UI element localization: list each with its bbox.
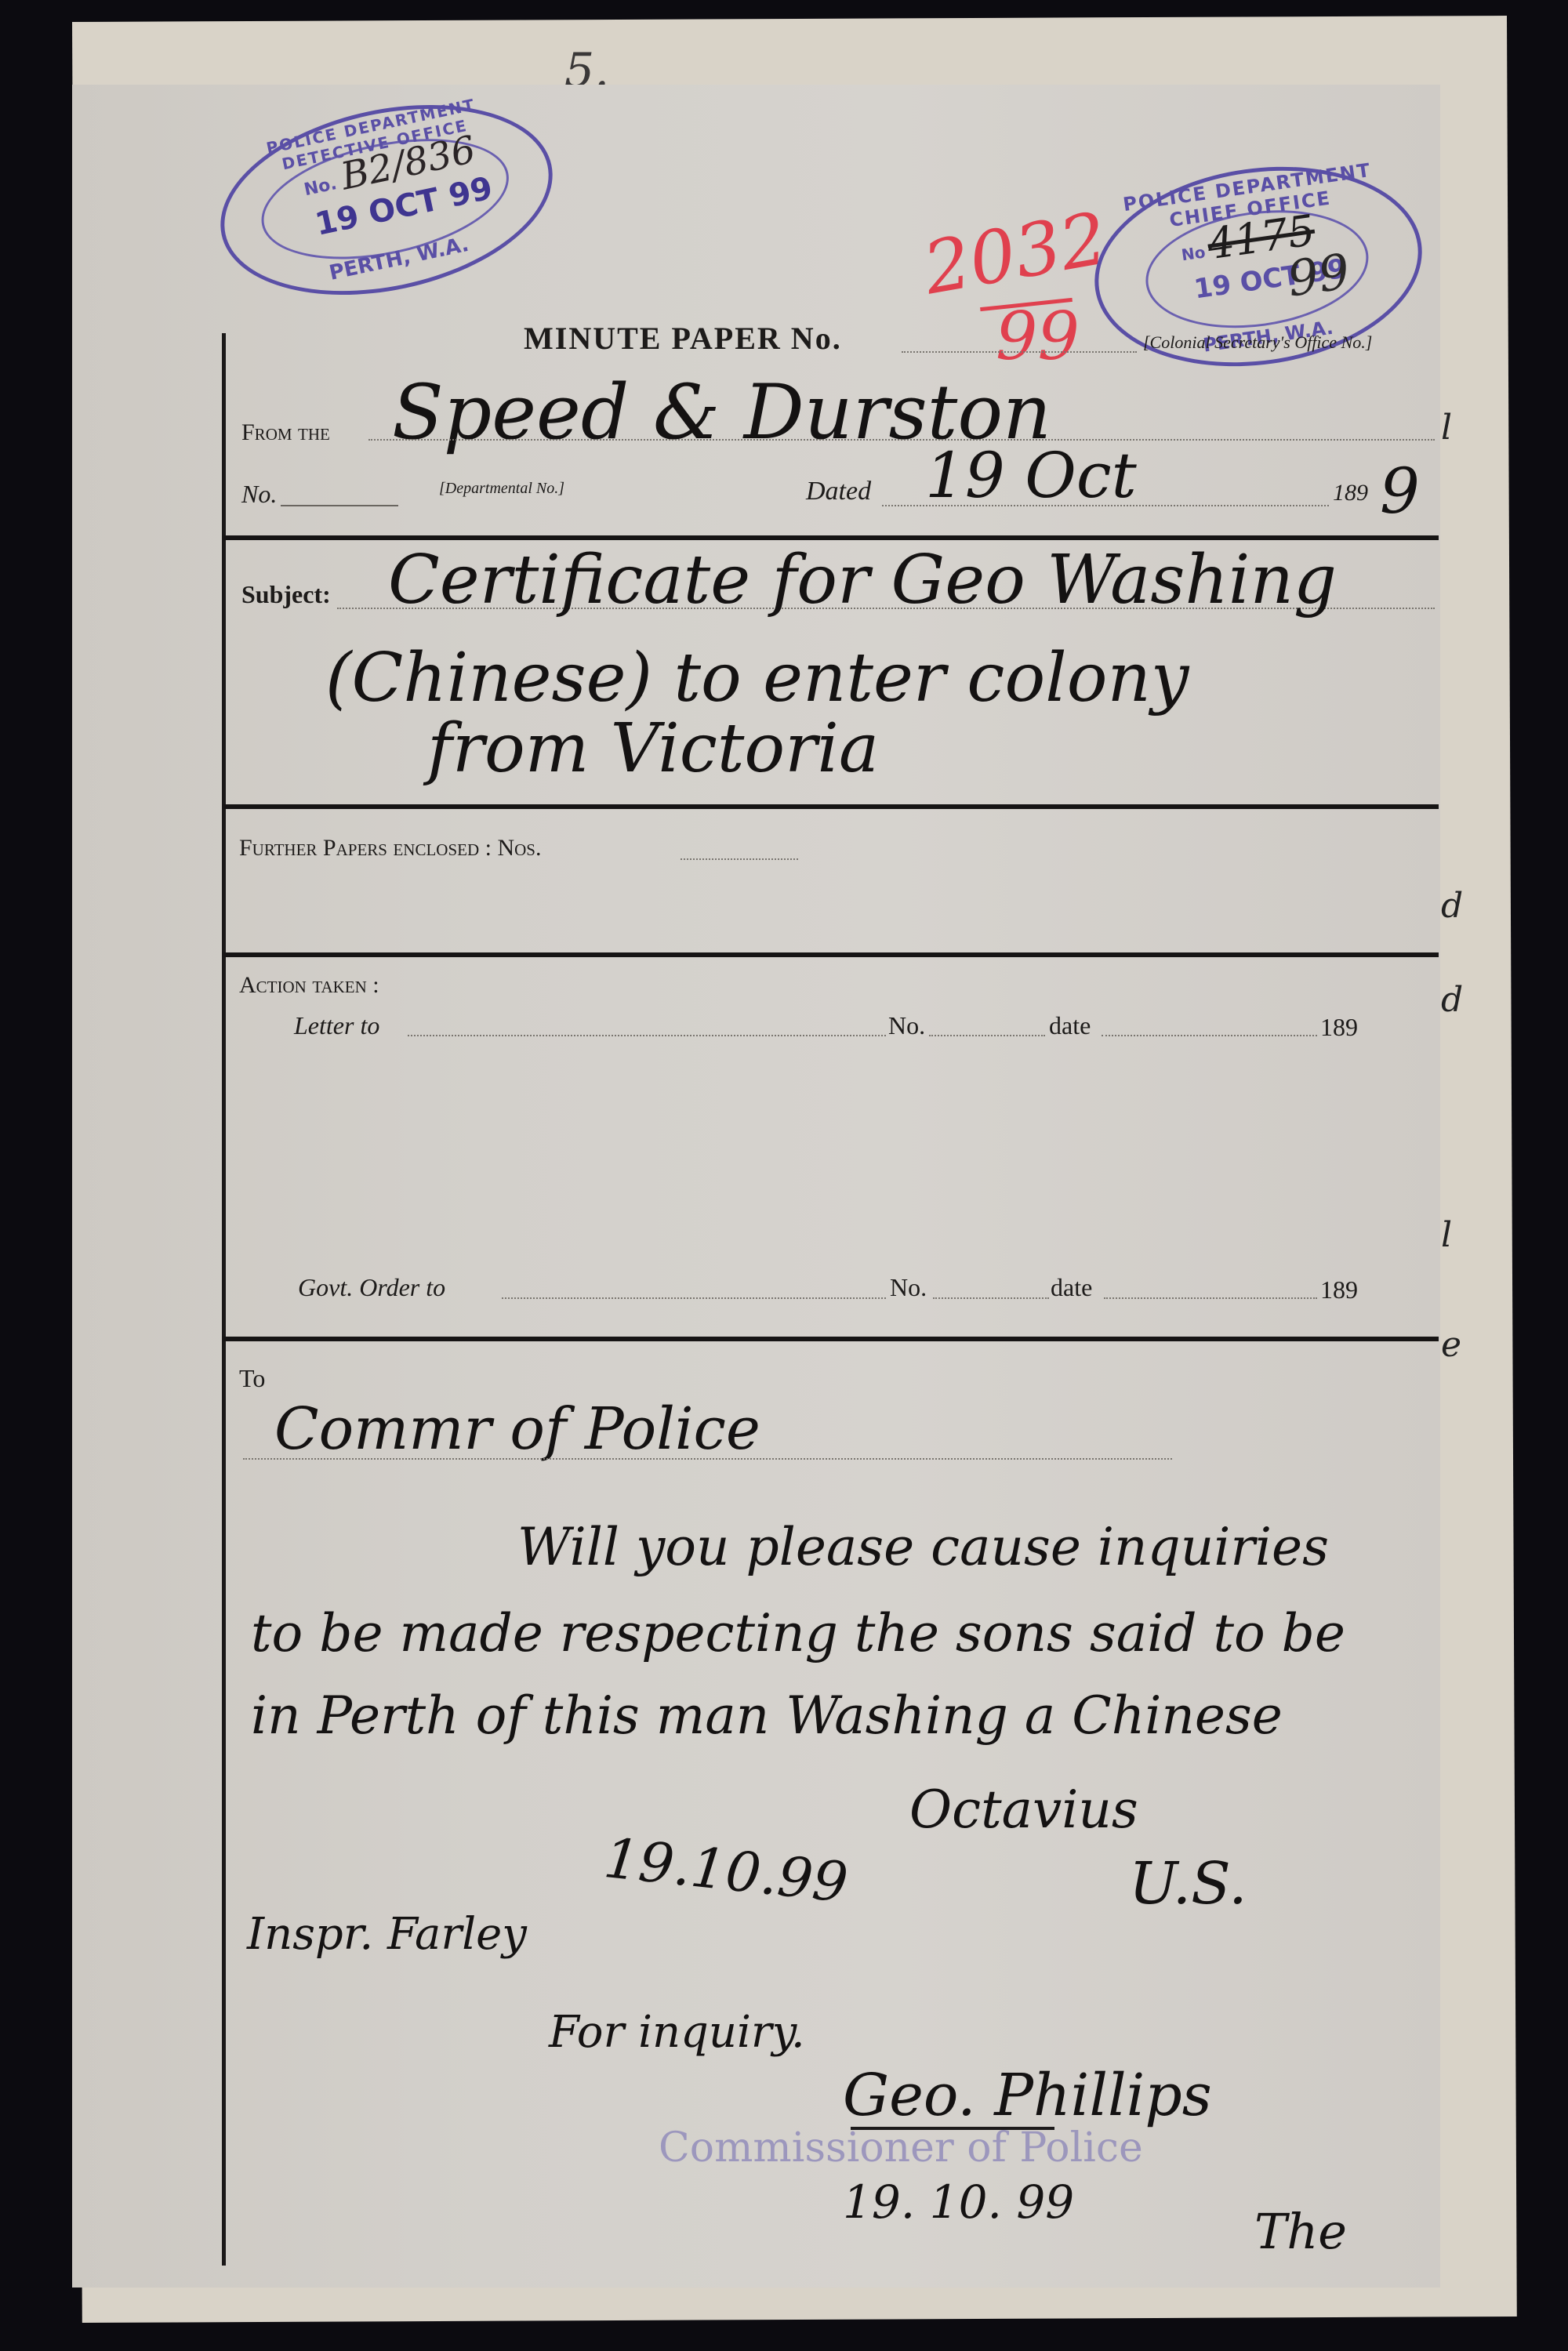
commissioner-date: 19. 10. 99 [843,2175,1074,2229]
further-papers-field[interactable] [681,858,798,860]
margin-mark: l [1441,1215,1452,1255]
govt-order-date-field[interactable] [1104,1297,1317,1299]
margin-mark: e [1441,1325,1461,1365]
stamp-handwritten-year: 99 [1284,242,1353,307]
form-left-border [222,333,226,2266]
subject-line-3[interactable]: from Victoria [427,709,879,788]
govt-order-no-label: No. [890,1273,927,1302]
year-suffix[interactable]: 9 [1380,455,1420,528]
govt-order-no-field[interactable] [933,1297,1049,1299]
departmental-no-hint: [Departmental No.] [439,480,564,498]
commissioner-stamp: Commissioner of Police [659,2124,1143,2171]
signature-name: Octavius [909,1780,1138,1840]
letter-no-label: No. [888,1011,925,1040]
body-line-2: to be made respecting the sons said to b… [251,1603,1345,1663]
letter-to-field[interactable] [408,1035,886,1036]
form-title: MINUTE PAPER No. [524,320,842,357]
from-field-line [368,439,1435,441]
body-line-1: Will you please cause inquiries [517,1517,1329,1577]
letter-no-field[interactable] [929,1035,1045,1036]
divider-from-subject [223,535,1439,540]
to-label: To [239,1364,265,1393]
dated-field-line [882,505,1329,506]
govt-order-year-label: 189 [1320,1275,1358,1304]
govt-order-field[interactable] [502,1297,886,1299]
departmental-no-label: No. [241,480,277,509]
action-taken-label: Action taken : [239,972,379,999]
further-papers-label: Further Papers enclosed : Nos. [239,835,541,862]
departmental-no-field[interactable] [281,505,398,506]
to-field-line [243,1458,1172,1460]
margin-mark: d [1441,886,1463,926]
minute-paper-number-denominator: 99 [996,298,1080,375]
govt-order-date-label: date [1051,1273,1092,1302]
divider-action-to [223,1337,1439,1341]
stamp-number-label: No [1180,242,1207,264]
divider-further-action [223,952,1439,957]
margin-mark: d [1441,980,1463,1020]
from-label: From the [241,419,330,446]
dated-value[interactable]: 19 Oct [925,439,1137,512]
letter-date-label: date [1049,1011,1091,1040]
to-recipient[interactable]: Commr of Police [274,1395,760,1463]
subject-line-2[interactable]: (Chinese) to enter colony [325,639,1189,717]
signature-initials: U.S. [1129,1850,1247,1917]
margin-mark: l [1441,408,1452,448]
letter-to-label: Letter to [294,1011,379,1040]
subject-label: Subject: [241,580,331,609]
commissioner-signature: Geo. Phillips [843,2062,1212,2129]
page-turn-word: The [1254,2203,1347,2260]
referral-note: For inquiry. [549,2007,805,2058]
colonial-secretary-label: [Colonial Secretary's Office No.] [1143,332,1372,353]
divider-subject-further [223,804,1439,809]
letter-date-field[interactable] [1102,1035,1317,1036]
referral-to: Inspr. Farley [247,1909,527,1960]
minute-number-field[interactable] [902,351,1137,353]
letter-year-label: 189 [1320,1013,1358,1042]
year-prefix: 189 [1333,480,1368,506]
subject-line-1[interactable]: Certificate for Geo Washing [388,541,1337,619]
govt-order-label: Govt. Order to [298,1273,445,1302]
body-line-3: in Perth of this man Washing a Chinese [251,1685,1283,1746]
dated-label: Dated [806,477,871,506]
